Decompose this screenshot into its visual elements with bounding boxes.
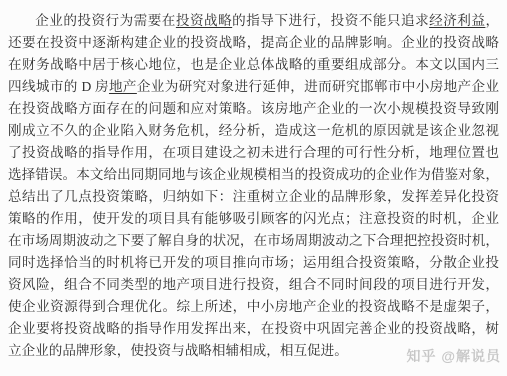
document-page: 企业的投资行为需要在投资战略的指导下进行，投资不能只追求经济利益，还要在投资中逐…	[0, 0, 507, 362]
text-segment: 策略的作用，使开发的项目具有能够吸引顾客的闪光点；注意投资的时机，企业	[8, 211, 499, 226]
text-segment: 企业为研究对象进行延伸，进而研究邯郸市中小房地产企业	[137, 79, 499, 94]
text-line: 总结出了几点投资策略，归纳如下：注重树立企业的品牌形象，发挥差异化投资	[8, 186, 499, 208]
text-line: 在市场周期波动之下要了解自身的状况，在市场周期波动之下合理把控投资时机，	[8, 230, 499, 252]
text-segment: 的指导下进行，投资不能只追求	[232, 13, 429, 28]
text-line: 使企业资源得到合理优化。综上所述，中小房地产企业的投资战略不是虚架子，	[8, 296, 499, 318]
text-line: 企业要将投资战略的指导作用发挥出来，在投资中巩固完善企业的投资战略，树	[8, 318, 499, 340]
text-segment: 在投资战略方面存在的问题和应对策略。该房地产企业的一次小规模投资导致刚	[8, 101, 499, 116]
text-segment: 四线城市的 D 房	[8, 79, 109, 94]
text-line: 刚成立不久的企业陷入财务危机，经分析，造成这一危机的原因就是该企业忽视	[8, 120, 499, 142]
text-segment: 企业的投资行为需要在	[35, 13, 176, 28]
text-segment: 总结出了几点投资策略，归纳如下：注重树立企业的品牌形象，发挥差异化投资	[8, 189, 499, 204]
text-line: 在投资战略方面存在的问题和应对策略。该房地产企业的一次小规模投资导致刚	[8, 98, 499, 120]
text-line: 还要在投资中逐渐构建企业的投资战略，提高企业的品牌影响。企业的投资战略	[8, 32, 499, 54]
text-segment: 同时选择恰当的时机将已开发的项目推向市场；运用组合投资策略，分散企业投	[8, 255, 499, 270]
text-segment: 了投资战略的指导作用，在项目建设之初未进行合理的可行性分析，地理位置也	[8, 145, 499, 160]
text-segment: 立企业的品牌形象，使投资与战略相辅相成，相互促进。	[8, 343, 348, 358]
text-line: 选择错误。本文给出同期同地与该企业规模相当的投资成功的企业作为借鉴对象，	[8, 164, 499, 186]
text-line: 了投资战略的指导作用，在项目建设之初未进行合理的可行性分析，地理位置也	[8, 142, 499, 164]
text-segment: 资风险，组合不同类型的地产项目进行投资，组合不同时间段的项目进行开发，	[8, 277, 499, 292]
underlined-term: 地产	[109, 79, 137, 94]
text-segment: 使企业资源得到合理优化。综上所述，中小房地产企业的投资战略不是虚架子，	[8, 299, 499, 314]
text-line: 四线城市的 D 房地产企业为研究对象进行延伸，进而研究邯郸市中小房地产企业	[8, 76, 499, 98]
text-segment: 还要在投资中逐渐构建企业的投资战略，提高企业的品牌影响。企业的投资战略	[8, 35, 499, 50]
zhihu-watermark: 知乎 @解说员	[406, 346, 501, 366]
text-segment: 企业要将投资战略的指导作用发挥出来，在投资中巩固完善企业的投资战略，树	[8, 321, 499, 336]
text-segment: 在财务战略中居于核心地位，也是企业总体战略的重要组成部分。本文以国内三	[8, 57, 499, 72]
text-line: 在财务战略中居于核心地位，也是企业总体战略的重要组成部分。本文以国内三	[8, 54, 499, 76]
text-line: 同时选择恰当的时机将已开发的项目推向市场；运用组合投资策略，分散企业投	[8, 252, 499, 274]
text-segment: ，	[485, 13, 499, 28]
text-segment: 刚成立不久的企业陷入财务危机，经分析，造成这一危机的原因就是该企业忽视	[8, 123, 499, 138]
text-segment: 在市场周期波动之下要了解自身的状况，在市场周期波动之下合理把控投资时机，	[8, 233, 499, 248]
text-line: 企业的投资行为需要在投资战略的指导下进行，投资不能只追求经济利益，	[8, 10, 499, 32]
underlined-term: 投资战略	[176, 13, 232, 28]
text-line: 资风险，组合不同类型的地产项目进行投资，组合不同时间段的项目进行开发，	[8, 274, 499, 296]
text-segment: 选择错误。本文给出同期同地与该企业规模相当的投资成功的企业作为借鉴对象，	[8, 167, 499, 182]
text-line: 策略的作用，使开发的项目具有能够吸引顾客的闪光点；注意投资的时机，企业	[8, 208, 499, 230]
underlined-term: 经济利益	[429, 13, 485, 28]
